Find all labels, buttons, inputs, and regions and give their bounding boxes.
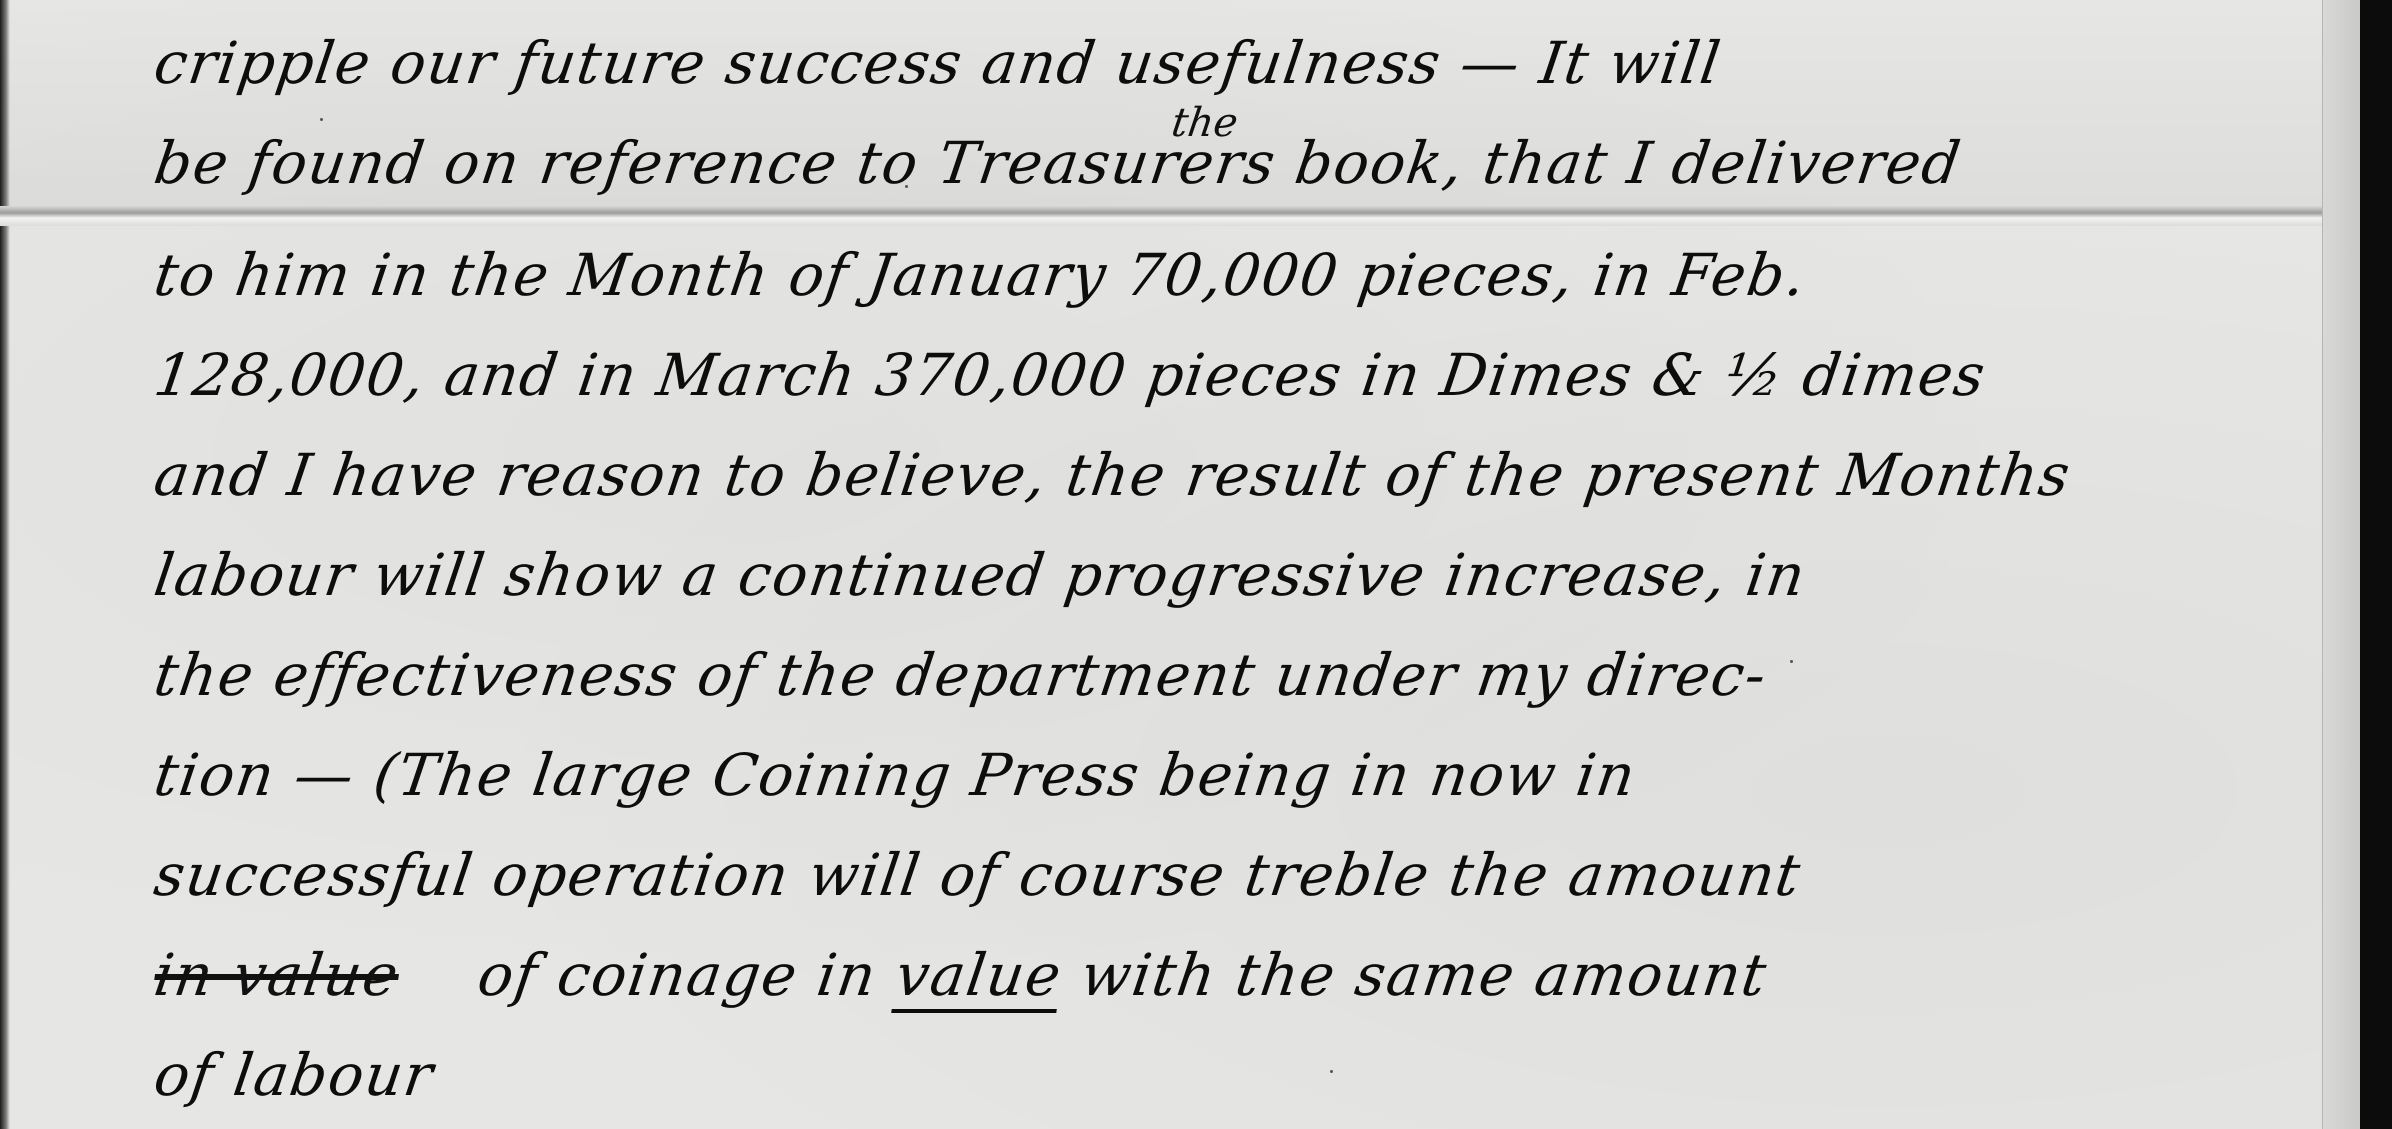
handwritten-text-block: cripple our future success and usefulnes… — [0, 0, 2330, 1129]
text-line-2: be found on reference to Treasurers book… — [150, 128, 2330, 198]
text-line-1: cripple our future success and usefulnes… — [150, 28, 2330, 98]
text-line-4: 128,000, and in March 370,000 pieces in … — [150, 340, 2330, 410]
text-line-5: and I have reason to believe, the result… — [150, 440, 2330, 510]
text-line-8: tion — (The large Coining Press being in… — [150, 740, 2330, 810]
text-line-10: in value of coinage in value with the sa… — [150, 940, 2330, 1010]
struck-out-text: in value — [150, 941, 403, 1009]
line-10-segment-a: of coinage in — [474, 941, 901, 1009]
text-line-7: the effectiveness of the department unde… — [150, 640, 2330, 710]
text-line-11: of labour — [150, 1040, 2330, 1110]
text-line-6: labour will show a continued progressive… — [150, 540, 2330, 610]
paper-speck — [1330, 1070, 1333, 1073]
underlined-word-value: value — [892, 941, 1067, 1009]
text-line-3: to him in the Month of January 70,000 pi… — [150, 240, 2330, 310]
line-10-segment-b: with the same amount — [1077, 941, 1772, 1009]
text-line-9: successful operation will of course treb… — [150, 840, 2330, 910]
paper-speck — [320, 118, 323, 121]
paper-speck — [1790, 660, 1793, 663]
document-page: cripple our future success and usefulnes… — [0, 0, 2360, 1129]
paper-speck — [905, 185, 908, 188]
scan-border-right — [2360, 0, 2392, 1129]
